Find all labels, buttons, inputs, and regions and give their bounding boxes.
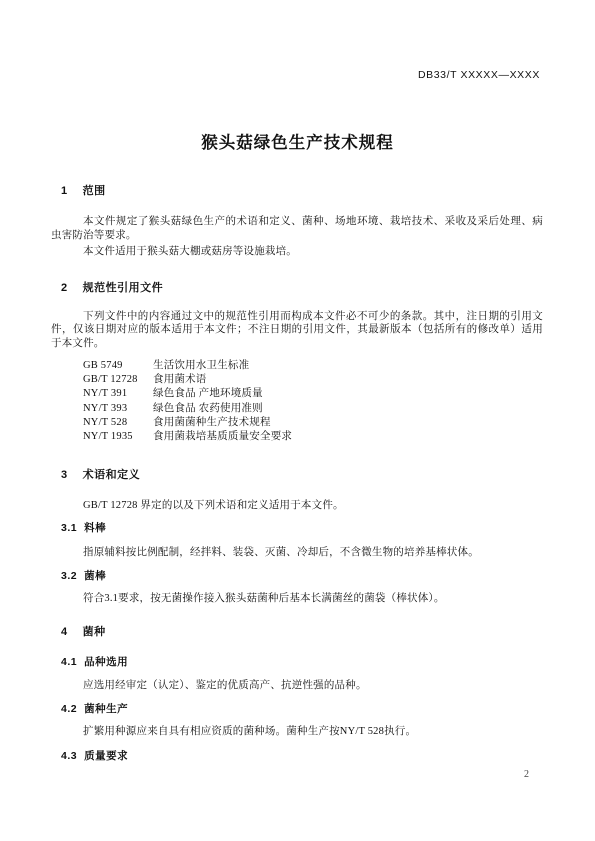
- reference-code: NY/T 391: [83, 387, 153, 401]
- reference-code: NY/T 528: [83, 416, 153, 430]
- section-4-2-heading: 4.2菌种生产: [51, 702, 543, 716]
- reference-name: 绿色食品 农药使用准则: [153, 402, 543, 416]
- clause-number: 4: [61, 625, 68, 640]
- reference-code: NY/T 1935: [83, 430, 153, 444]
- page-number: 2: [524, 769, 529, 780]
- clause-title: 规范性引用文件: [83, 282, 164, 294]
- reference-code: GB 5749: [83, 359, 153, 373]
- document-page: DB33/T XXXXX—XXXX 猴头菇绿色生产技术规程 1范围 本文件规定了…: [0, 0, 595, 841]
- document-body: 1范围 本文件规定了猴头菇绿色生产的术语和定义、菌种、场地环境、栽培技术、采收及…: [51, 184, 543, 763]
- reference-row: NY/T 393 绿色食品 农药使用准则: [83, 402, 543, 416]
- paragraph-spawn-production: 扩繁用种源应来自具有相应资质的菌种场。菌种生产按NY/T 528执行。: [51, 725, 543, 739]
- paragraph-term-liaobang: 指原辅料按比例配制，经拌料、装袋、灭菌、冷却后，不含微生物的培养基棒状体。: [51, 546, 543, 560]
- clause-number: 3.2: [61, 569, 77, 583]
- clause-number: 2: [61, 281, 68, 296]
- clause-number: 3: [61, 468, 68, 483]
- clause-title: 范围: [83, 185, 106, 197]
- reference-row: NY/T 1935 食用菌栽培基质质量安全要求: [83, 430, 543, 444]
- reference-name: 食用菌栽培基质质量安全要求: [153, 430, 543, 444]
- clause-title: 菌种生产: [84, 703, 128, 715]
- paragraph-scope-2: 本文件适用于猴头菇大棚或菇房等设施栽培。: [51, 245, 543, 259]
- section-4-heading: 4菌种: [51, 625, 543, 640]
- clause-title: 质量要求: [84, 750, 128, 762]
- section-1-heading: 1范围: [51, 184, 543, 199]
- clause-title: 术语和定义: [83, 469, 141, 481]
- paragraph-terms-intro: GB/T 12728 界定的以及下列术语和定义适用于本文件。: [51, 499, 543, 513]
- section-4-3-heading: 4.3质量要求: [51, 749, 543, 763]
- paragraph-variety-selection: 应选用经审定（认定）、鉴定的优质高产、抗逆性强的品种。: [51, 679, 543, 693]
- reference-row: NY/T 528 食用菌菌种生产技术规程: [83, 416, 543, 430]
- clause-number: 4.2: [61, 702, 77, 716]
- reference-row: GB/T 12728 食用菌术语: [83, 373, 543, 387]
- reference-code: GB/T 12728: [83, 373, 153, 387]
- section-2-heading: 2规范性引用文件: [51, 281, 543, 296]
- reference-name: 食用菌菌种生产技术规程: [153, 416, 543, 430]
- paragraph-normative-refs: 下列文件中的内容通过文中的规范性引用而构成本文件必不可少的条款。其中，注日期的引…: [51, 310, 543, 351]
- reference-list: GB 5749 生活饮用水卫生标准 GB/T 12728 食用菌术语 NY/T …: [51, 359, 543, 444]
- reference-row: NY/T 391 绿色食品 产地环境质量: [83, 387, 543, 401]
- section-3-1-heading: 3.1料棒: [51, 521, 543, 535]
- clause-title: 料棒: [84, 522, 106, 534]
- clause-number: 1: [61, 184, 68, 199]
- reference-name: 绿色食品 产地环境质量: [153, 387, 543, 401]
- section-4-1-heading: 4.1品种选用: [51, 655, 543, 669]
- clause-title: 菌棒: [84, 570, 106, 582]
- reference-code: NY/T 393: [83, 402, 153, 416]
- clause-number: 4.1: [61, 655, 77, 669]
- clause-number: 3.1: [61, 521, 77, 535]
- document-title: 猴头菇绿色生产技术规程: [0, 129, 595, 153]
- reference-name: 食用菌术语: [153, 373, 543, 387]
- reference-row: GB 5749 生活饮用水卫生标准: [83, 359, 543, 373]
- section-3-2-heading: 3.2菌棒: [51, 569, 543, 583]
- clause-title: 品种选用: [84, 656, 128, 668]
- section-3-heading: 3术语和定义: [51, 468, 543, 483]
- reference-name: 生活饮用水卫生标准: [153, 359, 543, 373]
- clause-title: 菌种: [83, 626, 106, 638]
- clause-number: 4.3: [61, 749, 77, 763]
- paragraph-scope-1: 本文件规定了猴头菇绿色生产的术语和定义、菌种、场地环境、栽培技术、采收及采后处理…: [51, 215, 543, 242]
- paragraph-term-junbang: 符合3.1要求，按无菌操作接入猴头菇菌种后基本长满菌丝的菌袋（棒状体）。: [51, 592, 543, 606]
- standard-code: DB33/T XXXXX—XXXX: [418, 69, 540, 81]
